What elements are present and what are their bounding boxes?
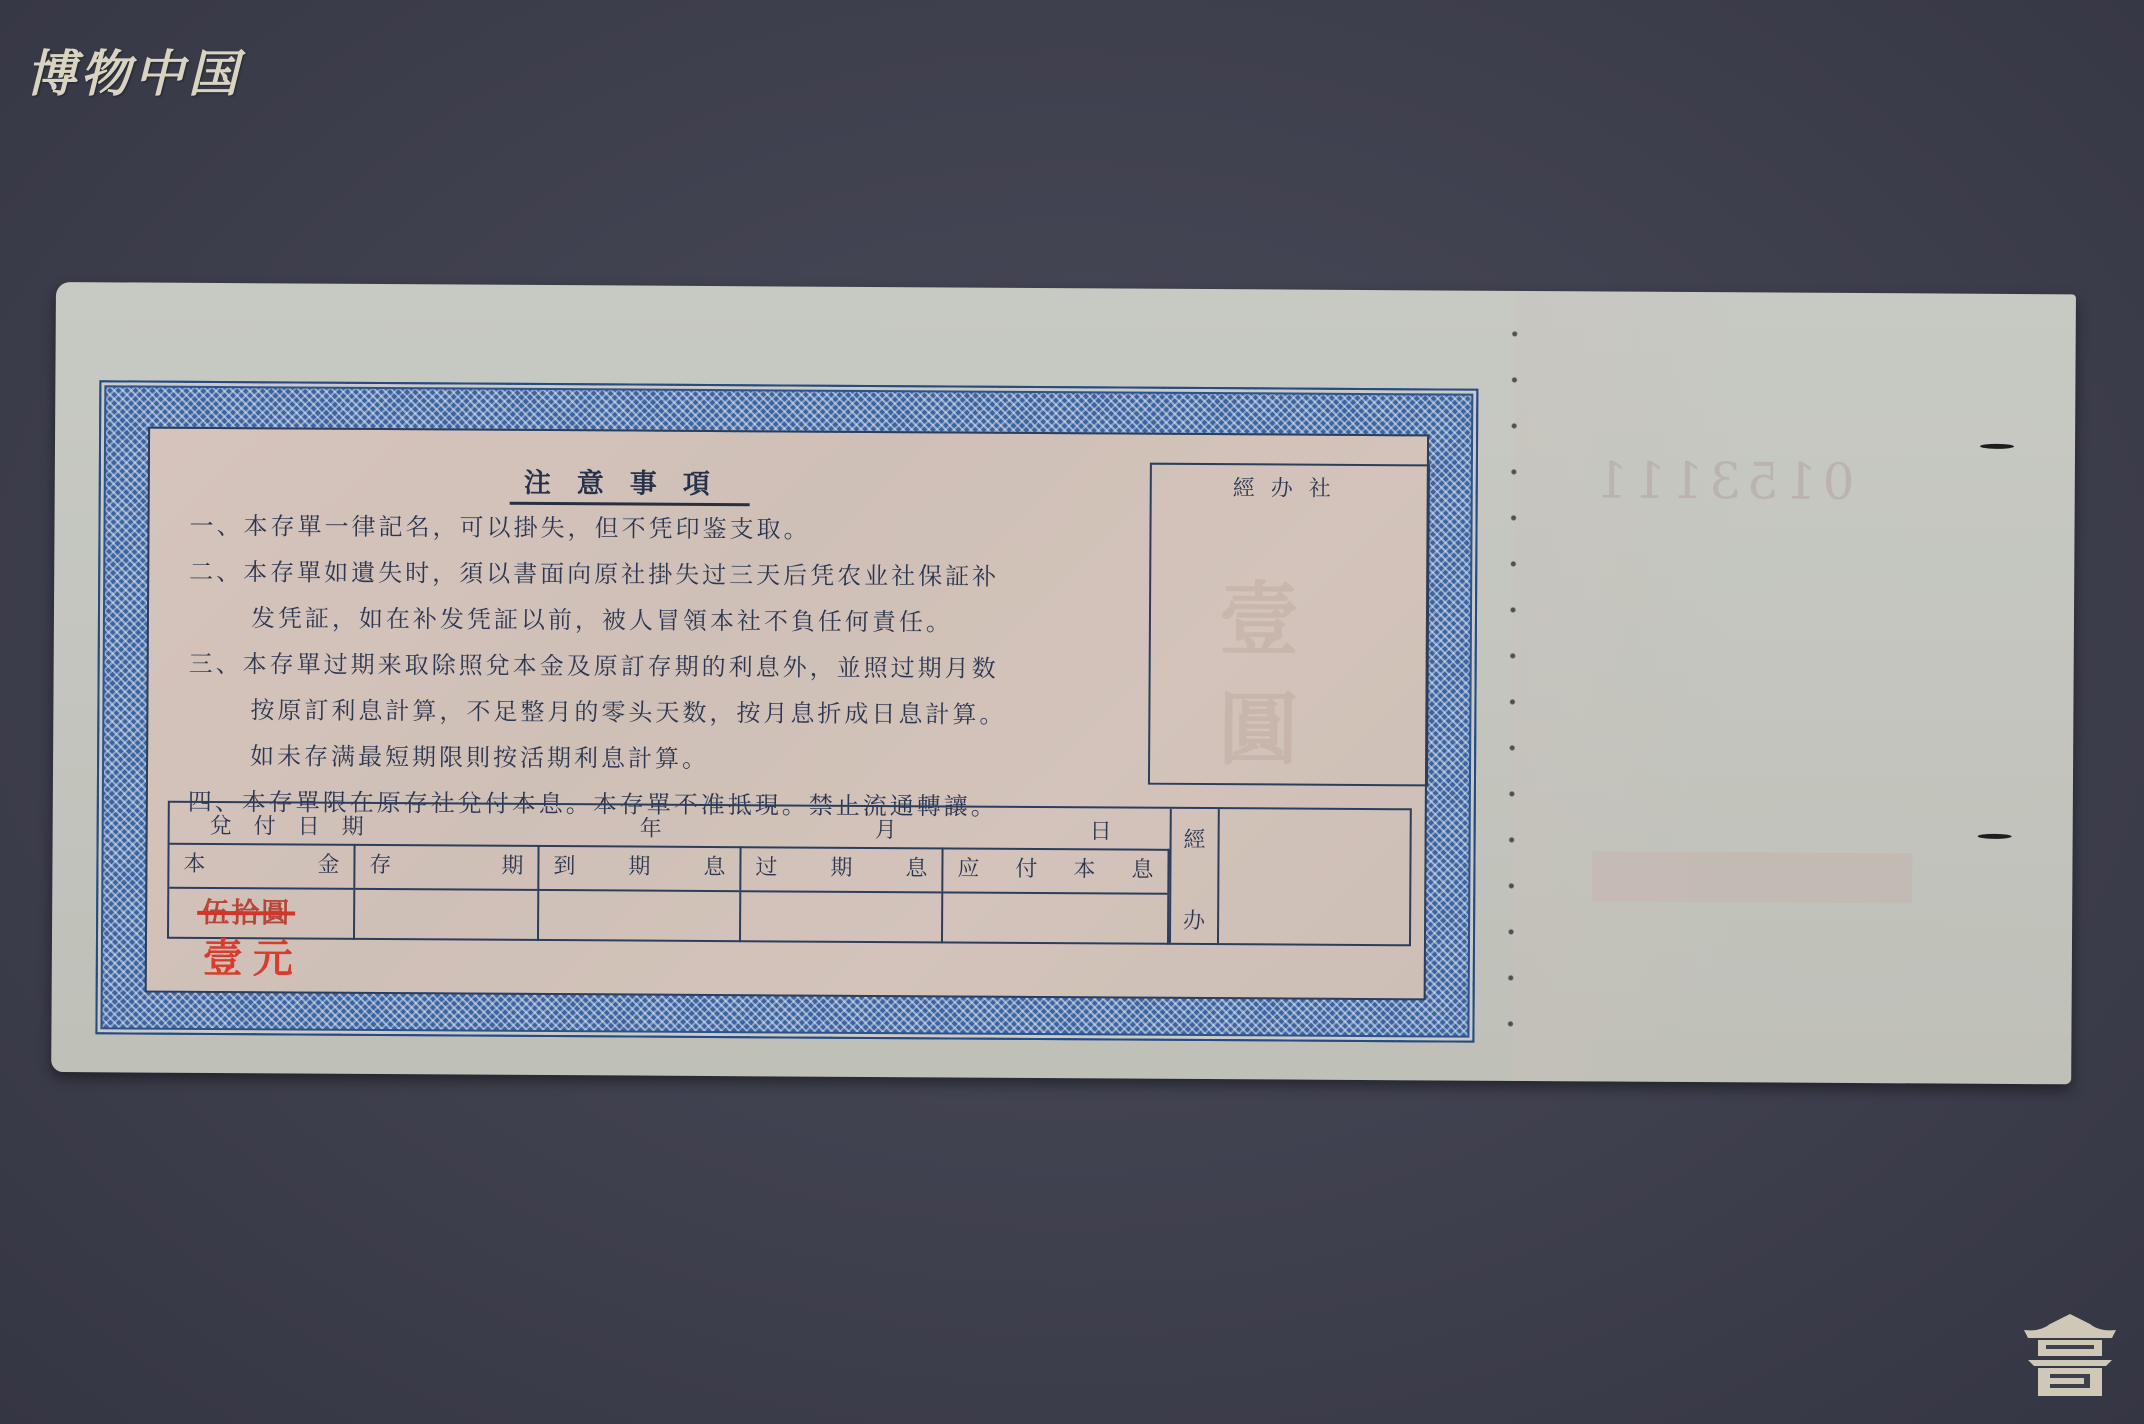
notice-item-3: 三、本存單过期来取除照兌本金及原訂存期的利息外，並照过期月数	[189, 641, 1199, 693]
struck-amount-stamp: 伍拾圓	[201, 891, 291, 932]
value-maturity-interest	[539, 891, 741, 942]
header-principal: 本 金	[169, 843, 355, 888]
notice-item-1: 一、本存單一律記名，可以掛失，但不凭印鉴支取。	[189, 503, 1199, 555]
payment-date-label: 兌付日期	[210, 809, 386, 841]
header-maturity-2: 期	[628, 846, 650, 890]
handling-office-box: 經办社 壹 圓	[1148, 463, 1430, 787]
value-row	[169, 889, 1169, 945]
value-overdue-interest	[741, 892, 943, 943]
header-overdue-1: 过	[755, 846, 777, 890]
ghost-amount-bottom: 圓	[1218, 665, 1299, 780]
inner-panel: 注意事項 一、本存單一律記名，可以掛失，但不凭印鉴支取。 二、本存單如遺失时，須…	[145, 427, 1429, 1001]
header-maturity-3: 息	[703, 846, 725, 890]
handler-column: 經 办	[1169, 809, 1220, 943]
deposit-certificate: 0153111 注意事項 一、本存單一律記名，可以掛失，但不凭印鉴支取。 二、本…	[51, 282, 2076, 1084]
bleed-through-serial: 0153111	[1590, 451, 1855, 511]
header-principal-2: 金	[317, 844, 339, 888]
header-maturity-interest: 到 期 息	[539, 845, 741, 890]
month-label: 月	[875, 813, 897, 844]
handler-label-bottom: 办	[1171, 904, 1217, 935]
counterfoil-stub	[1511, 291, 2076, 1084]
notice-item-3-cont2: 如未存满最短期限則按活期利息計算。	[188, 733, 1198, 785]
header-payable-3: 本	[1073, 848, 1095, 892]
museum-pavilion-logo-icon	[2020, 1310, 2120, 1400]
year-label: 年	[640, 812, 662, 843]
header-overdue-interest: 过 期 息	[741, 846, 943, 891]
handling-office-label: 經办社	[1152, 471, 1428, 504]
watermark-text: 博物中国	[26, 34, 242, 106]
header-term-1: 存	[369, 844, 391, 888]
header-overdue-3: 息	[905, 847, 927, 891]
ghost-amount-top: 壹	[1219, 555, 1300, 670]
header-overdue-2: 期	[830, 847, 852, 891]
header-payable-2: 付	[1015, 848, 1037, 892]
header-payable-1: 应	[957, 848, 979, 892]
notice-title: 注意事項	[510, 461, 750, 506]
value-payable-total	[943, 893, 1169, 944]
revalued-amount-stamp: 壹元	[203, 927, 303, 985]
header-term-2: 期	[501, 845, 523, 889]
binding-slit	[1978, 834, 2012, 839]
binding-slit	[1980, 444, 2014, 449]
value-term	[355, 890, 539, 941]
header-payable-4: 息	[1131, 849, 1153, 893]
notice-item-2-cont: 发凭証，如在补发凭証以前，被人冒領本社不負任何責任。	[189, 595, 1199, 647]
header-payable-total: 应 付 本 息	[943, 847, 1169, 892]
handler-label-top: 經	[1172, 823, 1218, 854]
notice-item-3-cont: 按原訂利息計算，不足整月的零头天数，按月息折成日息計算。	[188, 687, 1198, 739]
notice-list: 一、本存單一律記名，可以掛失，但不凭印鉴支取。 二、本存單如遺失时，須以書面向原…	[188, 503, 1200, 831]
column-header-row: 本 金 存 期 到 期 息 过 期 息	[169, 843, 1169, 895]
header-principal-1: 本	[183, 843, 205, 887]
payment-table: 兌付日期 年 月 日 本 金 存 期 到 期	[167, 801, 1412, 947]
header-maturity-1: 到	[553, 845, 575, 889]
day-label: 日	[1090, 814, 1112, 845]
bleed-through-stamp	[1592, 851, 1912, 903]
notice-item-2: 二、本存單如遺失时，須以書面向原社掛失过三天后凭农业社保証补	[189, 549, 1199, 601]
guilloche-border: 注意事項 一、本存單一律記名，可以掛失，但不凭印鉴支取。 二、本存單如遺失时，須…	[95, 380, 1478, 1042]
header-term: 存 期	[355, 844, 539, 889]
